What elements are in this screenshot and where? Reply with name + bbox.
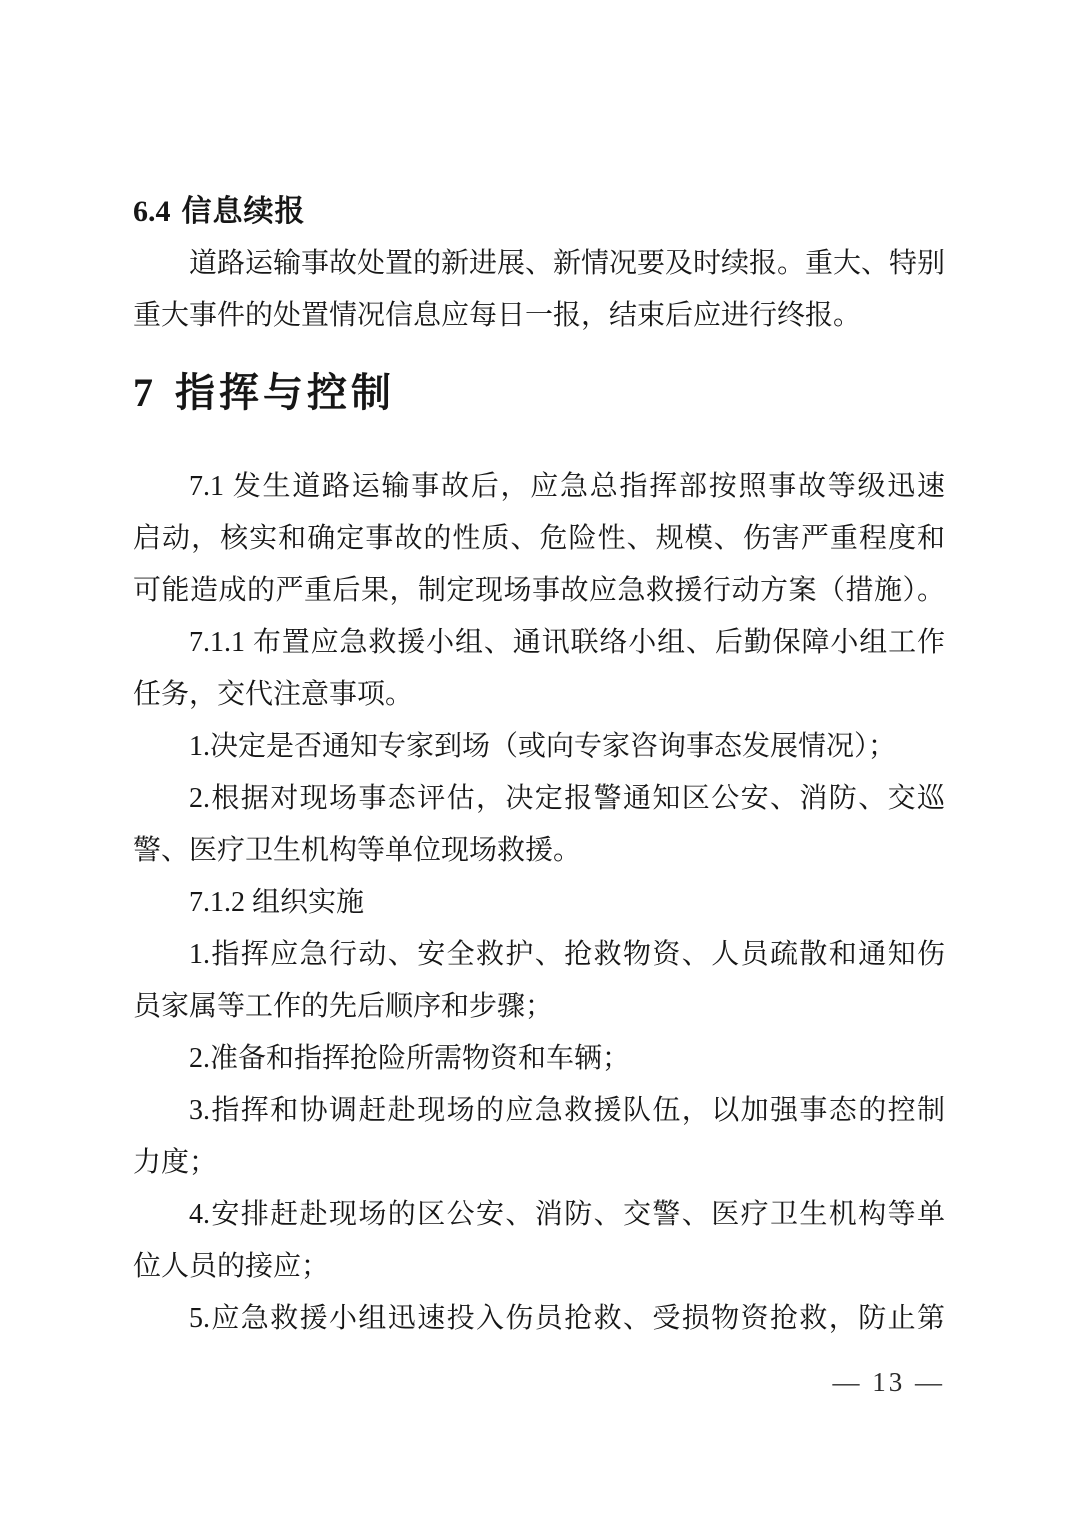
text-line: 力度； <box>133 1137 945 1189</box>
text-line: 1.决定是否通知专家到场（或向专家咨询事态发展情况）； <box>133 721 945 773</box>
text-line: 重大事件的处置情况信息应每日一报，结束后应进行终报。 <box>133 290 945 342</box>
text-line: 2.准备和指挥抢险所需物资和车辆； <box>133 1033 945 1085</box>
heading-title: 指挥与控制 <box>175 371 395 415</box>
heading-number: 6.4 <box>133 195 171 228</box>
text-line: 7.1.2 组织实施 <box>133 877 945 929</box>
section-heading-6-4: 6.4信息续报 <box>133 186 945 238</box>
document-body: 6.4信息续报道路运输事故处置的新进展、新情况要及时续报。重大、特别重大事件的处… <box>133 0 945 1345</box>
text-line: 警、医疗卫生机构等单位现场救援。 <box>133 825 945 877</box>
text-line: 道路运输事故处置的新进展、新情况要及时续报。重大、特别 <box>133 238 945 290</box>
text-line: 5.应急救援小组迅速投入伤员抢救、受损物资抢救，防止第 <box>133 1293 945 1345</box>
chapter-heading-7: 7指挥与控制 <box>133 363 945 423</box>
text-line: 任务，交代注意事项。 <box>133 669 945 721</box>
heading-number: 7 <box>133 370 153 415</box>
text-line: 启动，核实和确定事故的性质、危险性、规模、伤害严重程度和 <box>133 513 945 565</box>
text-line: 位人员的接应； <box>133 1241 945 1293</box>
text-line: 可能造成的严重后果，制定现场事故应急救援行动方案（措施）。 <box>133 565 945 617</box>
document-page: 6.4信息续报道路运输事故处置的新进展、新情况要及时续报。重大、特别重大事件的处… <box>0 0 1074 1520</box>
page-number: — 13 — <box>833 1362 946 1402</box>
text-line: 1.指挥应急行动、安全救护、抢救物资、人员疏散和通知伤 <box>133 929 945 981</box>
text-line: 2.根据对现场事态评估，决定报警通知区公安、消防、交巡 <box>133 773 945 825</box>
text-line: 3.指挥和协调赶赴现场的应急救援队伍，以加强事态的控制 <box>133 1085 945 1137</box>
text-line: 4.安排赶赴现场的区公安、消防、交警、医疗卫生机构等单 <box>133 1189 945 1241</box>
text-line: 员家属等工作的先后顺序和步骤； <box>133 981 945 1033</box>
heading-title: 信息续报 <box>182 195 306 228</box>
text-line: 7.1 发生道路运输事故后，应急总指挥部按照事故等级迅速 <box>133 461 945 513</box>
text-line: 7.1.1 布置应急救援小组、通讯联络小组、后勤保障小组工作 <box>133 617 945 669</box>
